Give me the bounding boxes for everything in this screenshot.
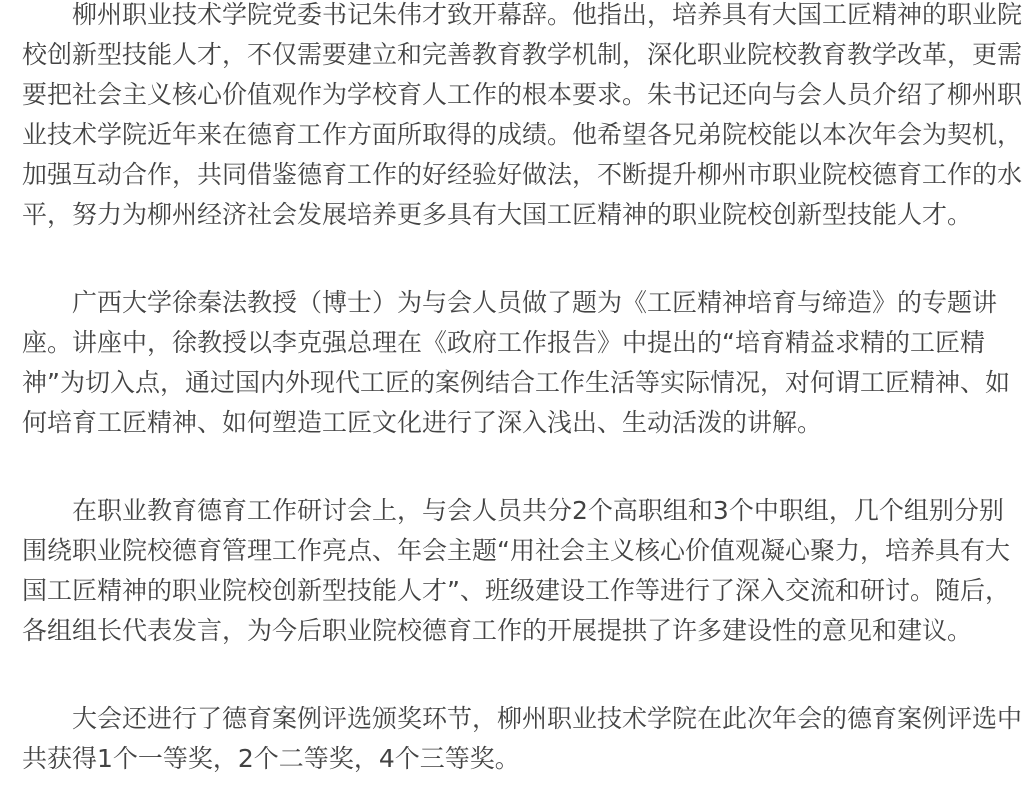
text-line: 校创新型技能人才，不仅需要建立和完善教育教学机制，深化职业院校教育教学改革，更需	[22, 35, 1023, 75]
text-line: 围绕职业院校德育管理工作亮点、年会主题“用社会主义核心价值观凝心聚力，培养具有大	[22, 531, 1023, 571]
text-line: 广西大学徐秦法教授（博士）为与会人员做了题为《工匠精神培育与缔造》的专题讲	[22, 283, 1023, 323]
paragraph: 大会还进行了德育案例评选颁奖环节，柳州职业技术学院在此次年会的德育案例评选中共获…	[22, 699, 1023, 779]
paragraph: 柳州职业技术学院党委书记朱伟才致开幕辞。他指出，培养具有大国工匠精神的职业院校创…	[22, 0, 1023, 235]
text-line: 何培育工匠精神、如何塑造工匠文化进行了深入浅出、生动活泼的讲解。	[22, 403, 1023, 443]
text-line: 平，努力为柳州经济社会发展培养更多具有大国工匠精神的职业院校创新型技能人才。	[22, 195, 1023, 235]
page: { "page": { "background_color": "#ffffff…	[0, 0, 1023, 786]
text-line: 各组组长代表发言，为今后职业院校德育工作的开展提拱了许多建设性的意见和建议。	[22, 611, 1023, 651]
text-line: 加强互动合作，共同借鉴德育工作的好经验好做法，不断提升柳州市职业院校德育工作的水	[22, 155, 1023, 195]
text-line: 在职业教育德育工作研讨会上，与会人员共分2个高职组和3个中职组，几个组别分别	[22, 491, 1023, 531]
text-line: 业技术学院近年来在德育工作方面所取得的成绩。他希望各兄弟院校能以本次年会为契机，	[22, 115, 1023, 155]
text-line: 大会还进行了德育案例评选颁奖环节，柳州职业技术学院在此次年会的德育案例评选中	[22, 699, 1023, 739]
text-line: 要把社会主义核心价值观作为学校育人工作的根本要求。朱书记还向与会人员介绍了柳州职	[22, 75, 1023, 115]
text-line: 共获得1个一等奖，2个二等奖，4个三等奖。	[22, 739, 1023, 779]
text-line: 座。讲座中，徐教授以李克强总理在《政府工作报告》中提出的“培育精益求精的工匠精	[22, 323, 1023, 363]
text-line: 国工匠精神的职业院校创新型技能人才”、班级建设工作等进行了深入交流和研讨。随后，	[22, 571, 1023, 611]
article-body: 柳州职业技术学院党委书记朱伟才致开幕辞。他指出，培养具有大国工匠精神的职业院校创…	[22, 0, 1023, 779]
text-line: 柳州职业技术学院党委书记朱伟才致开幕辞。他指出，培养具有大国工匠精神的职业院	[22, 0, 1023, 35]
text-line: 神”为切入点，通过国内外现代工匠的案例结合工作生活等实际情况，对何谓工匠精神、如	[22, 363, 1023, 403]
paragraph: 广西大学徐秦法教授（博士）为与会人员做了题为《工匠精神培育与缔造》的专题讲座。讲…	[22, 283, 1023, 443]
paragraph: 在职业教育德育工作研讨会上，与会人员共分2个高职组和3个中职组，几个组别分别围绕…	[22, 491, 1023, 651]
